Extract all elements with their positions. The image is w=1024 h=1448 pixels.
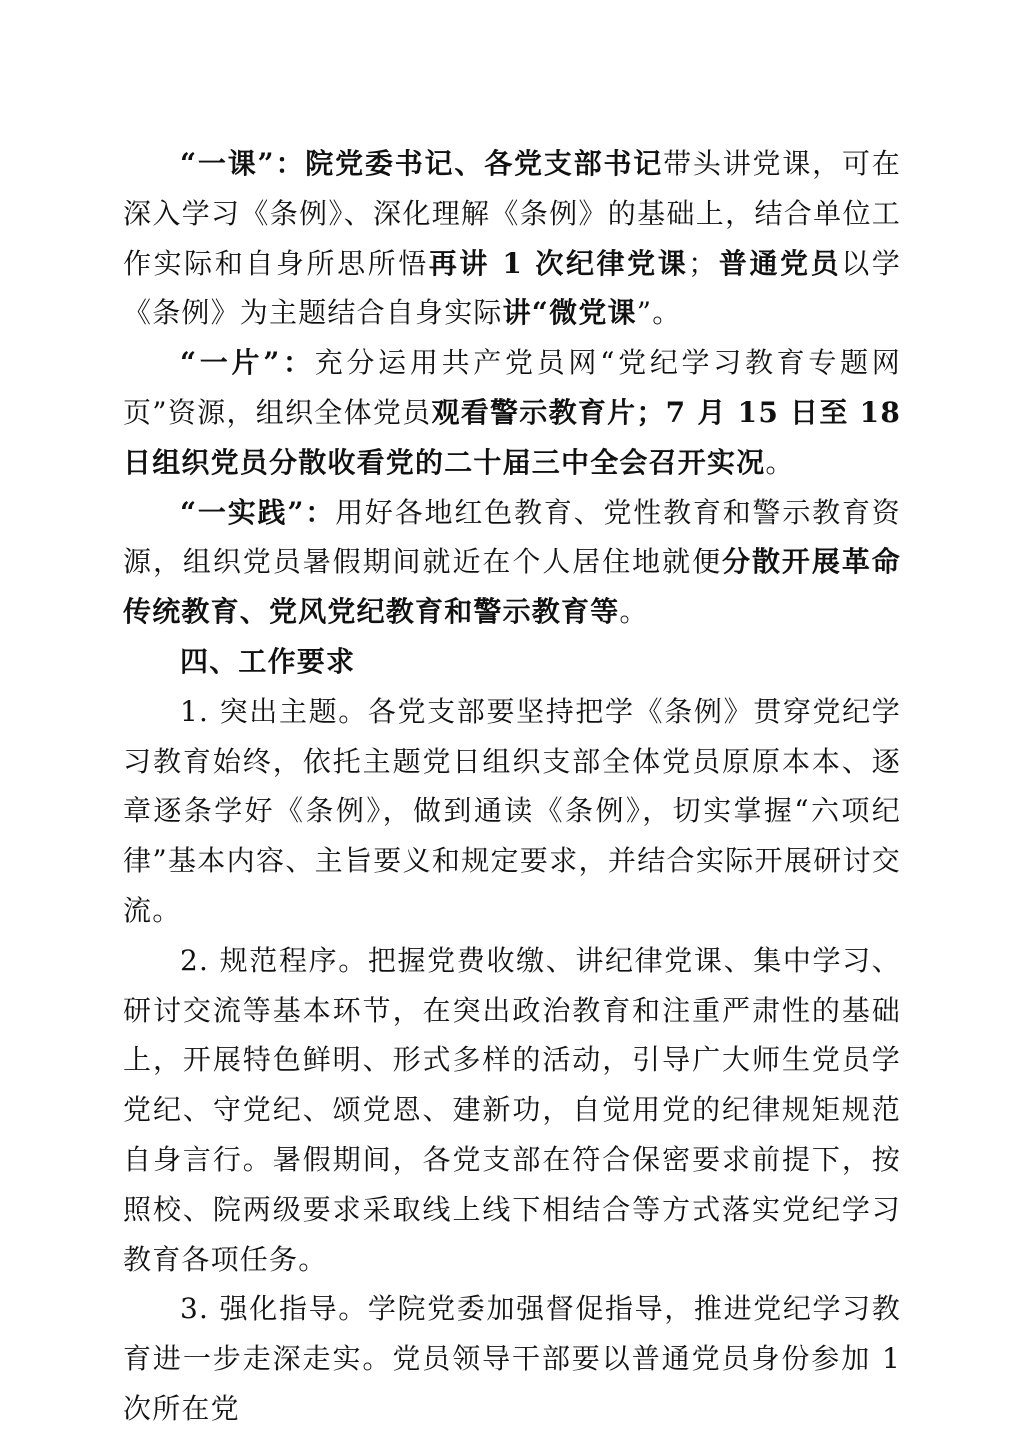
body-text: ”。 — [637, 296, 682, 329]
paragraph-yi-shijian: “一实践”：用好各地红色教育、党性教育和警示教育资源，组织党员暑假期间就近在个人… — [123, 488, 901, 637]
requirement-3: 3. 强化指导。学院党委加强督促指导，推进党纪学习教育进一步走深走实。党员领导干… — [123, 1284, 901, 1433]
bold-text: 院党委书记、各党支部书记 — [305, 147, 663, 180]
body-text: 。 — [765, 446, 794, 479]
document-page: “一课”：院党委书记、各党支部书记带头讲党课，可在深入学习《条例》、深化理解《条… — [123, 139, 901, 1434]
bold-text: 普通党员 — [717, 247, 841, 280]
requirement-2: 2. 规范程序。把握党费收缴、讲纪律党课、集中学习、研讨交流等基本环节，在突出政… — [123, 936, 901, 1285]
body-text: 。 — [619, 595, 648, 628]
label-yi-shijian: “一实践”： — [180, 496, 335, 529]
bold-text: 讲“微党课 — [503, 296, 637, 329]
bold-text: 再讲 1 次纪律党课 — [429, 247, 688, 280]
paragraph-yi-pian: “一片”：充分运用共产党员网“党纪学习教育专题网页”资源，组织全体党员观看警示教… — [123, 338, 901, 487]
label-yi-ke: “一课”： — [180, 147, 305, 180]
section-heading: 四、工作要求 — [123, 637, 901, 687]
body-text: ； — [688, 247, 717, 280]
label-yi-pian: “一片”： — [180, 346, 315, 379]
paragraph-yi-ke: “一课”：院党委书记、各党支部书记带头讲党课，可在深入学习《条例》、深化理解《条… — [123, 139, 901, 338]
requirement-1: 1. 突出主题。各党支部要坚持把学《条例》贯穿党纪学习教育始终，依托主题党日组织… — [123, 687, 901, 936]
